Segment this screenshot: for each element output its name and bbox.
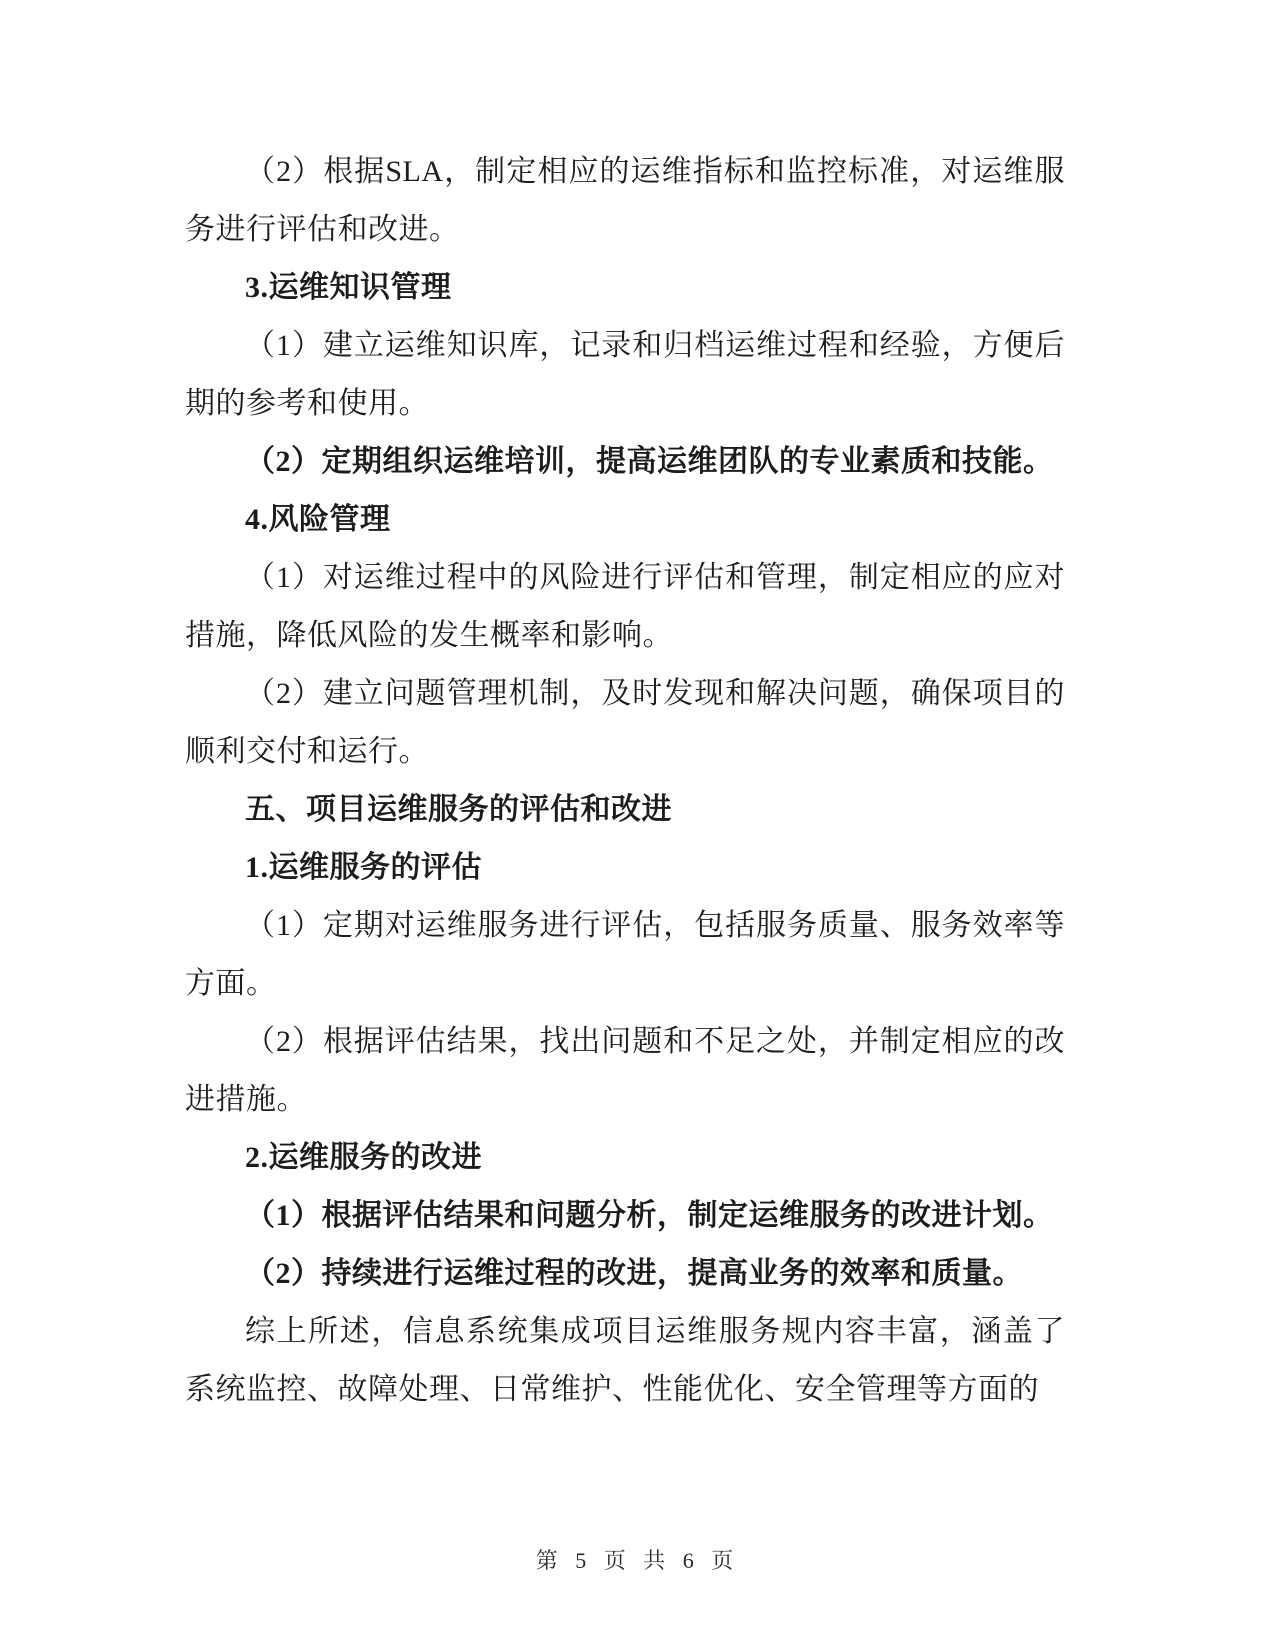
heading: 2.运维服务的改进	[185, 1129, 1065, 1187]
heading: 4.风险管理	[185, 491, 1065, 549]
paragraph: （1）建立运维知识库，记录和归档运维过程和经验，方便后期的参考和使用。	[185, 317, 1065, 433]
heading: 五、项目运维服务的评估和改进	[185, 781, 1065, 839]
page-footer: 第 5 页 共 6 页	[0, 1544, 1275, 1578]
paragraph: （2）建立问题管理机制，及时发现和解决问题，确保项目的顺利交付和运行。	[185, 665, 1065, 781]
heading: 3.运维知识管理	[185, 259, 1065, 317]
heading: 1.运维服务的评估	[185, 839, 1065, 897]
document-page: （2）根据SLA，制定相应的运维指标和监控标准，对运维服务进行评估和改进。3.运…	[0, 0, 1275, 1650]
paragraph: （2）根据SLA，制定相应的运维指标和监控标准，对运维服务进行评估和改进。	[185, 143, 1065, 259]
paragraph: （2）持续进行运维过程的改进，提高业务的效率和质量。	[185, 1245, 1065, 1303]
paragraph: （2）定期组织运维培训，提高运维团队的专业素质和技能。	[185, 433, 1065, 491]
paragraph: （2）根据评估结果，找出问题和不足之处，并制定相应的改进措施。	[185, 1013, 1065, 1129]
paragraph: （1）定期对运维服务进行评估，包括服务质量、服务效率等方面。	[185, 897, 1065, 1013]
document-body: （2）根据SLA，制定相应的运维指标和监控标准，对运维服务进行评估和改进。3.运…	[185, 143, 1065, 1419]
paragraph: （1）根据评估结果和问题分析，制定运维服务的改进计划。	[185, 1187, 1065, 1245]
paragraph: 综上所述，信息系统集成项目运维服务规内容丰富，涵盖了系统监控、故障处理、日常维护…	[185, 1303, 1065, 1419]
paragraph: （1）对运维过程中的风险进行评估和管理，制定相应的应对措施，降低风险的发生概率和…	[185, 549, 1065, 665]
page-number-text: 第 5 页 共 6 页	[536, 1548, 740, 1573]
